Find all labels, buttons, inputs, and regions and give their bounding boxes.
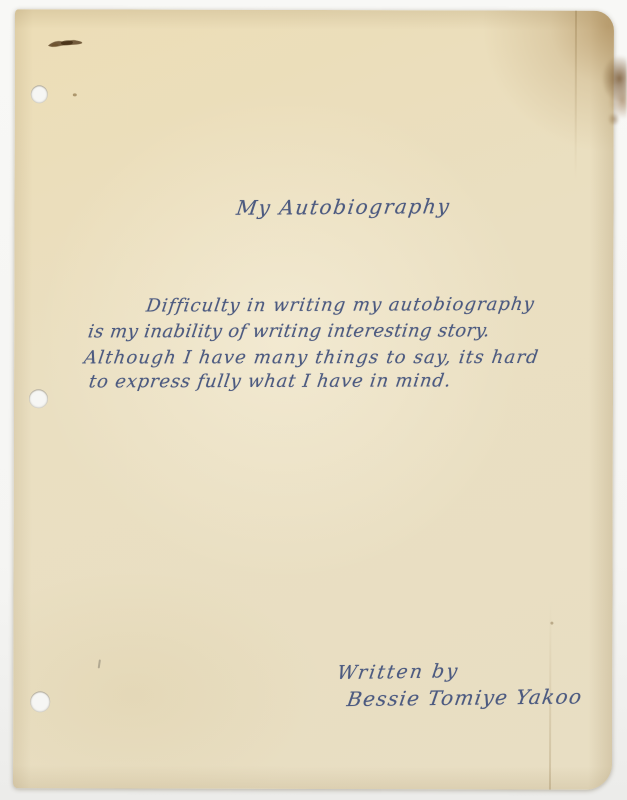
punch-hole-middle bbox=[29, 389, 48, 408]
body-line-4: to express fully what I have in mind. bbox=[88, 370, 453, 392]
paper-crease-top bbox=[575, 11, 577, 181]
pencil-mark bbox=[98, 659, 101, 668]
signature: Bessie Tomiye Yakoo bbox=[345, 684, 584, 711]
ink-smudge-shape bbox=[45, 33, 86, 53]
paper-speck bbox=[73, 93, 77, 96]
body-line-1: Difficulty in writing my autobiography bbox=[145, 294, 536, 317]
byline: Written by bbox=[336, 660, 461, 684]
body-line-3: Although I have many things to say, its … bbox=[83, 347, 541, 368]
edge-burn-stain bbox=[593, 55, 627, 125]
punch-hole-bottom bbox=[30, 691, 50, 712]
punch-hole-top bbox=[31, 85, 48, 103]
document-paper: My Autobiography Difficulty in writing m… bbox=[13, 9, 614, 790]
body-line-2: is my inability of writing interesting s… bbox=[87, 320, 492, 342]
scanned-page-background: My Autobiography Difficulty in writing m… bbox=[0, 0, 627, 800]
document-title: My Autobiography bbox=[235, 194, 452, 220]
ink-smudge-stain bbox=[45, 33, 86, 53]
paper-speck bbox=[550, 622, 553, 625]
